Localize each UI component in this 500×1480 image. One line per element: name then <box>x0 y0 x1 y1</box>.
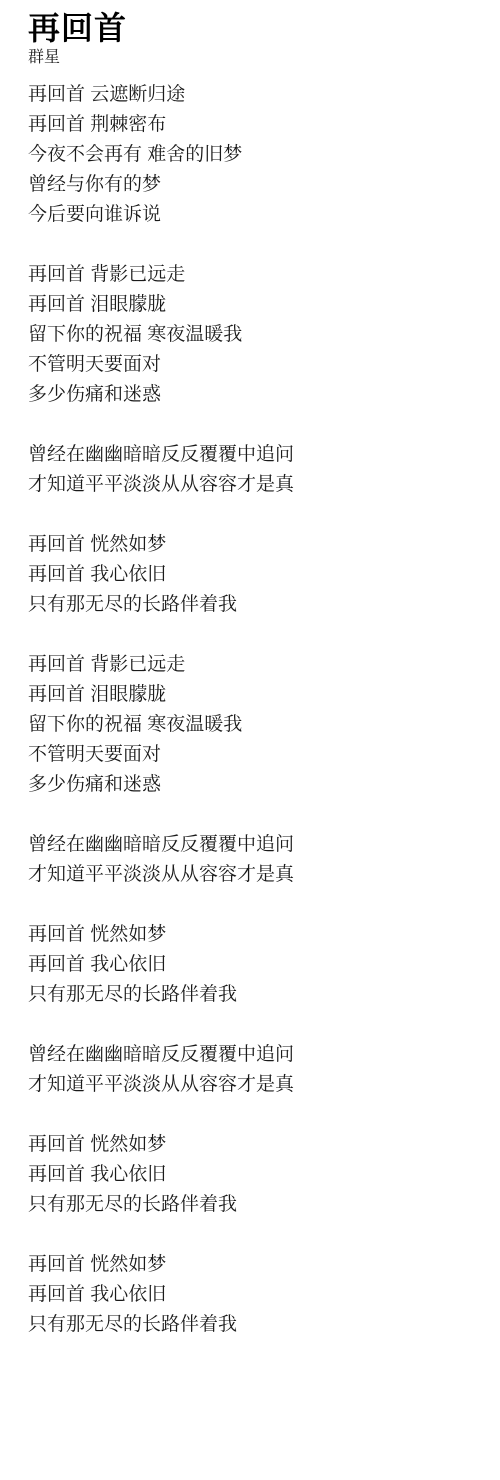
lyric-line: 再回首 恍然如梦 <box>28 920 480 950</box>
lyric-line: 只有那无尽的长路伴着我 <box>28 1310 480 1340</box>
lyric-line: 再回首 背影已远走 <box>28 260 480 290</box>
verse: 再回首 恍然如梦再回首 我心依旧只有那无尽的长路伴着我 <box>28 530 480 620</box>
lyric-line: 才知道平平淡淡从从容容才是真 <box>28 470 480 500</box>
lyric-line: 再回首 我心依旧 <box>28 1280 480 1310</box>
verse: 再回首 恍然如梦再回首 我心依旧只有那无尽的长路伴着我 <box>28 920 480 1010</box>
artist-name: 群星 <box>28 48 480 68</box>
verse: 再回首 恍然如梦再回首 我心依旧只有那无尽的长路伴着我 <box>28 1250 480 1340</box>
lyric-line: 再回首 荆棘密布 <box>28 110 480 140</box>
lyric-line: 才知道平平淡淡从从容容才是真 <box>28 860 480 890</box>
verse: 再回首 背影已远走再回首 泪眼朦胧留下你的祝福 寒夜温暖我不管明天要面对多少伤痛… <box>28 650 480 800</box>
lyric-line: 曾经在幽幽暗暗反反覆覆中追问 <box>28 830 480 860</box>
lyric-line: 再回首 我心依旧 <box>28 1160 480 1190</box>
lyric-line: 不管明天要面对 <box>28 740 480 770</box>
lyric-line: 今夜不会再有 难舍的旧梦 <box>28 140 480 170</box>
verse: 再回首 云遮断归途再回首 荆棘密布今夜不会再有 难舍的旧梦曾经与你有的梦今后要向… <box>28 80 480 230</box>
verse: 再回首 恍然如梦再回首 我心依旧只有那无尽的长路伴着我 <box>28 1130 480 1220</box>
verse: 曾经在幽幽暗暗反反覆覆中追问才知道平平淡淡从从容容才是真 <box>28 830 480 890</box>
lyrics-page-body: { "theme": { "background": "#ffffff", "t… <box>0 0 500 1480</box>
lyric-line: 曾经与你有的梦 <box>28 170 480 200</box>
lyrics-page: 再回首 群星 再回首 云遮断归途再回首 荆棘密布今夜不会再有 难舍的旧梦曾经与你… <box>0 0 500 1480</box>
lyric-line: 今后要向谁诉说 <box>28 200 480 230</box>
lyric-line: 再回首 恍然如梦 <box>28 1130 480 1160</box>
lyric-line: 再回首 泪眼朦胧 <box>28 680 480 710</box>
lyric-line: 再回首 恍然如梦 <box>28 1250 480 1280</box>
lyric-line: 曾经在幽幽暗暗反反覆覆中追问 <box>28 1040 480 1070</box>
lyric-line: 留下你的祝福 寒夜温暖我 <box>28 710 480 740</box>
lyric-line: 再回首 我心依旧 <box>28 560 480 590</box>
lyric-line: 再回首 泪眼朦胧 <box>28 290 480 320</box>
lyric-line: 再回首 背影已远走 <box>28 650 480 680</box>
lyric-line: 才知道平平淡淡从从容容才是真 <box>28 1070 480 1100</box>
lyric-line: 只有那无尽的长路伴着我 <box>28 590 480 620</box>
lyric-line: 曾经在幽幽暗暗反反覆覆中追问 <box>28 440 480 470</box>
lyric-line: 留下你的祝福 寒夜温暖我 <box>28 320 480 350</box>
lyric-line: 只有那无尽的长路伴着我 <box>28 980 480 1010</box>
verse: 曾经在幽幽暗暗反反覆覆中追问才知道平平淡淡从从容容才是真 <box>28 1040 480 1100</box>
lyric-line: 不管明天要面对 <box>28 350 480 380</box>
lyric-line: 多少伤痛和迷惑 <box>28 380 480 410</box>
lyric-line: 多少伤痛和迷惑 <box>28 770 480 800</box>
verse: 曾经在幽幽暗暗反反覆覆中追问才知道平平淡淡从从容容才是真 <box>28 440 480 500</box>
lyrics-block: 再回首 云遮断归途再回首 荆棘密布今夜不会再有 难舍的旧梦曾经与你有的梦今后要向… <box>28 80 480 1340</box>
lyric-line: 再回首 恍然如梦 <box>28 530 480 560</box>
song-title: 再回首 <box>28 8 480 48</box>
verse: 再回首 背影已远走再回首 泪眼朦胧留下你的祝福 寒夜温暖我不管明天要面对多少伤痛… <box>28 260 480 410</box>
lyric-line: 只有那无尽的长路伴着我 <box>28 1190 480 1220</box>
lyric-line: 再回首 我心依旧 <box>28 950 480 980</box>
lyric-line: 再回首 云遮断归途 <box>28 80 480 110</box>
